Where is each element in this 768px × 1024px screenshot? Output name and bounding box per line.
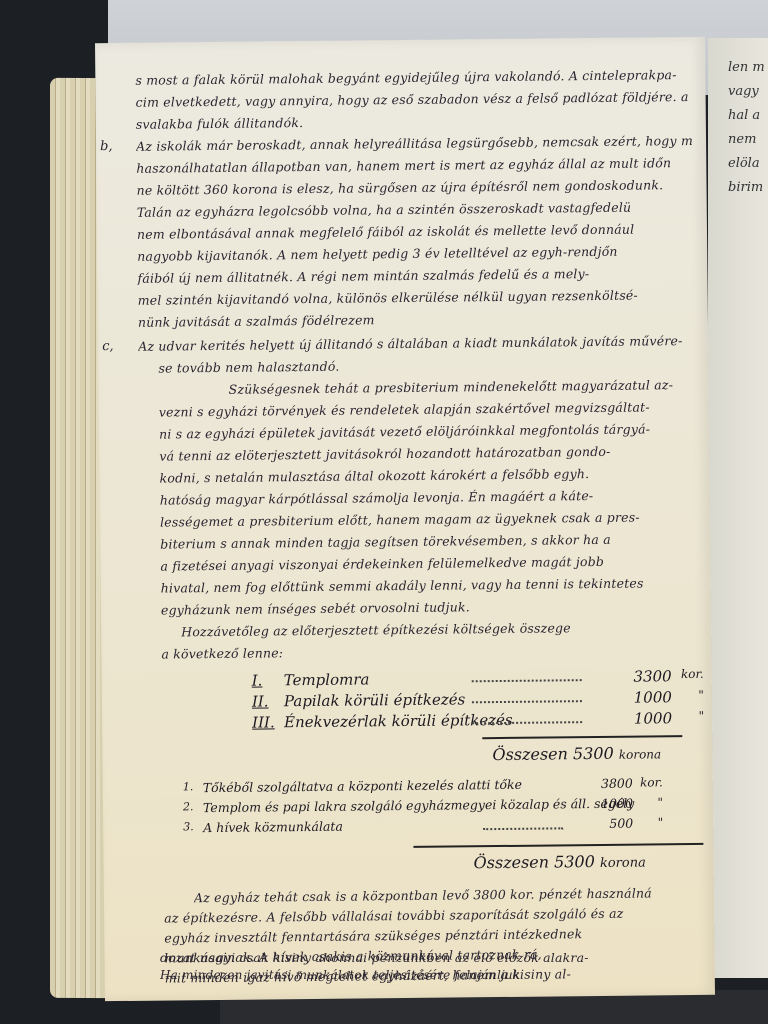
row-amount: 1000 [601,796,633,811]
leader-dots [472,700,582,703]
section-marker-c: c, [102,339,114,354]
text-line: egyház invesztált fenntartására szüksége… [164,925,700,946]
row-number: 3. [183,820,199,833]
text-line: vezni s egyházi törvények és rendeletek … [159,399,695,420]
facing-fragment: hal a [728,108,760,123]
intro-line: Hozzávetőleg az előterjesztett építkezés… [181,619,697,639]
text-line: Az iskolák már beroskadt, annak helyreál… [136,133,692,154]
row-number: 2. [183,800,199,813]
sum-rule [413,843,703,848]
funding-row: 3. A hívek közmunkálata 500 " [183,815,693,840]
sum-rule [482,735,682,739]
text-line: nünk javitását a szalmás födélrezem [138,309,694,330]
total-value: 5300 [554,852,595,871]
facing-page: len m vagy hal a nem elöla birim [708,38,768,978]
cost-total: Összesen 5300 korona [492,743,661,764]
total-unit: korona [600,855,646,870]
row-unit: kor. [640,775,663,789]
row-unit: " [698,688,704,702]
row-label: Tőkéből szolgáltatva a központi kezelés … [203,777,522,795]
row-number: I. [252,671,280,689]
row-amount: 3300 [633,667,671,685]
leader-dots [472,679,582,682]
text-line: dozat nagyi csak kisiny ahonnai pénzünkb… [160,950,698,965]
text-line: kodni, s netalán mulasztása által okozot… [159,465,695,486]
section-marker-b: b, [100,139,113,154]
row-number: 1. [183,780,199,793]
closing-line: Ha mindezen javitási munkálatok teljesit… [160,968,698,982]
text-line: ni s az egyházi épületek javitását vezet… [159,421,695,442]
text-line: se tovább nem halasztandó. [158,355,694,376]
text-line: nem elbontásával annak megfelelő fáiból … [137,221,693,242]
text-line: a fizetései anyagi viszonyai érdekeinken… [160,553,696,574]
cost-table: I. Templomra 3300 kor. II. Papilak körül… [252,667,693,735]
row-unit: " [698,709,704,723]
facing-fragment: len m [728,60,765,75]
text-line: Az udvar kerités helyett új állitandó s … [138,333,694,354]
text-line: vá tenni az elöterjesztett javitásokról … [159,443,695,464]
funding-table: 1. Tőkéből szolgáltatva a központi kezel… [183,775,694,840]
text-line: Szükségesnek tehát a presbiterium minden… [229,377,695,397]
text-line: ne költött 360 korona is elesz, ha sürgő… [136,177,692,198]
row-number: II. [252,692,280,710]
text-line: Az egyház tehát csak is a központban lev… [194,885,700,905]
row-amount: 500 [609,816,633,831]
total-value: 5300 [573,744,614,763]
text-line: cim elvetkedett, vagy annyira, hogy az e… [136,89,692,110]
row-unit: " [658,815,664,829]
text-line: hivatal, nem fog előttünk semmi akadály … [161,575,697,596]
row-label: Templom és papi lakra szolgáló egyházmeg… [203,796,634,816]
text-line: hatóság magyar kárpótlással számolja lev… [160,487,696,508]
row-label: A hívek közmunkálata [203,819,343,835]
row-number: III. [252,713,280,731]
row-unit: " [657,795,663,809]
row-label: Énekvezérlak körüli építkezés [284,711,513,731]
ledger-page: s most a falak körül malohak begyánt egy… [95,37,715,1001]
text-line: az építkezésre. A felsőbb vállalásai tov… [164,905,700,926]
text-line: s most a falak körül malohak begyánt egy… [135,67,691,88]
text-line: svalakba fulók állitandók. [136,111,692,132]
total-unit: korona [619,747,661,761]
leader-dots [483,827,563,830]
row-amount: 1000 [634,709,672,727]
text-line: fáiból új nem állitatnék. A régi nem min… [137,265,693,286]
text-line: mel szintén kijavitandó volna, különös e… [138,287,694,308]
text-line: biterium s annak minden tagja segítsen t… [160,531,696,552]
row-label: Templomra [284,670,370,689]
row-amount: 3800 [601,776,633,791]
cost-row: III. Énekvezérlak körüli építkezés 1000 … [252,709,692,735]
intro-line: a következő lenne: [161,641,697,662]
text-line: egyházunk nem ínséges sebét orvosolni tu… [161,597,697,618]
facing-fragment: vagy [728,84,759,99]
facing-fragment: elöla [728,156,760,171]
text-line: nagyobb kijavitanók. A nem helyett pedig… [137,243,693,264]
text-line: lességemet a presbiterium előtt, hanem m… [160,509,696,530]
total-label: Összesen [492,744,568,764]
text-line: Talán az egyházra legolcsóbb volna, ha a… [137,199,693,220]
facing-fragment: birim [728,180,763,195]
facing-fragment: nem [728,132,756,147]
funding-total: Összesen 5300 korona [474,851,646,872]
row-amount: 1000 [634,688,672,706]
text-line: haszonálhatatlan állapotban van, hanem m… [136,155,692,176]
row-label: Papilak körüli építkezés [284,690,466,710]
total-label: Összesen [474,853,550,873]
row-unit: kor. [681,667,704,681]
leader-dots [472,721,582,724]
